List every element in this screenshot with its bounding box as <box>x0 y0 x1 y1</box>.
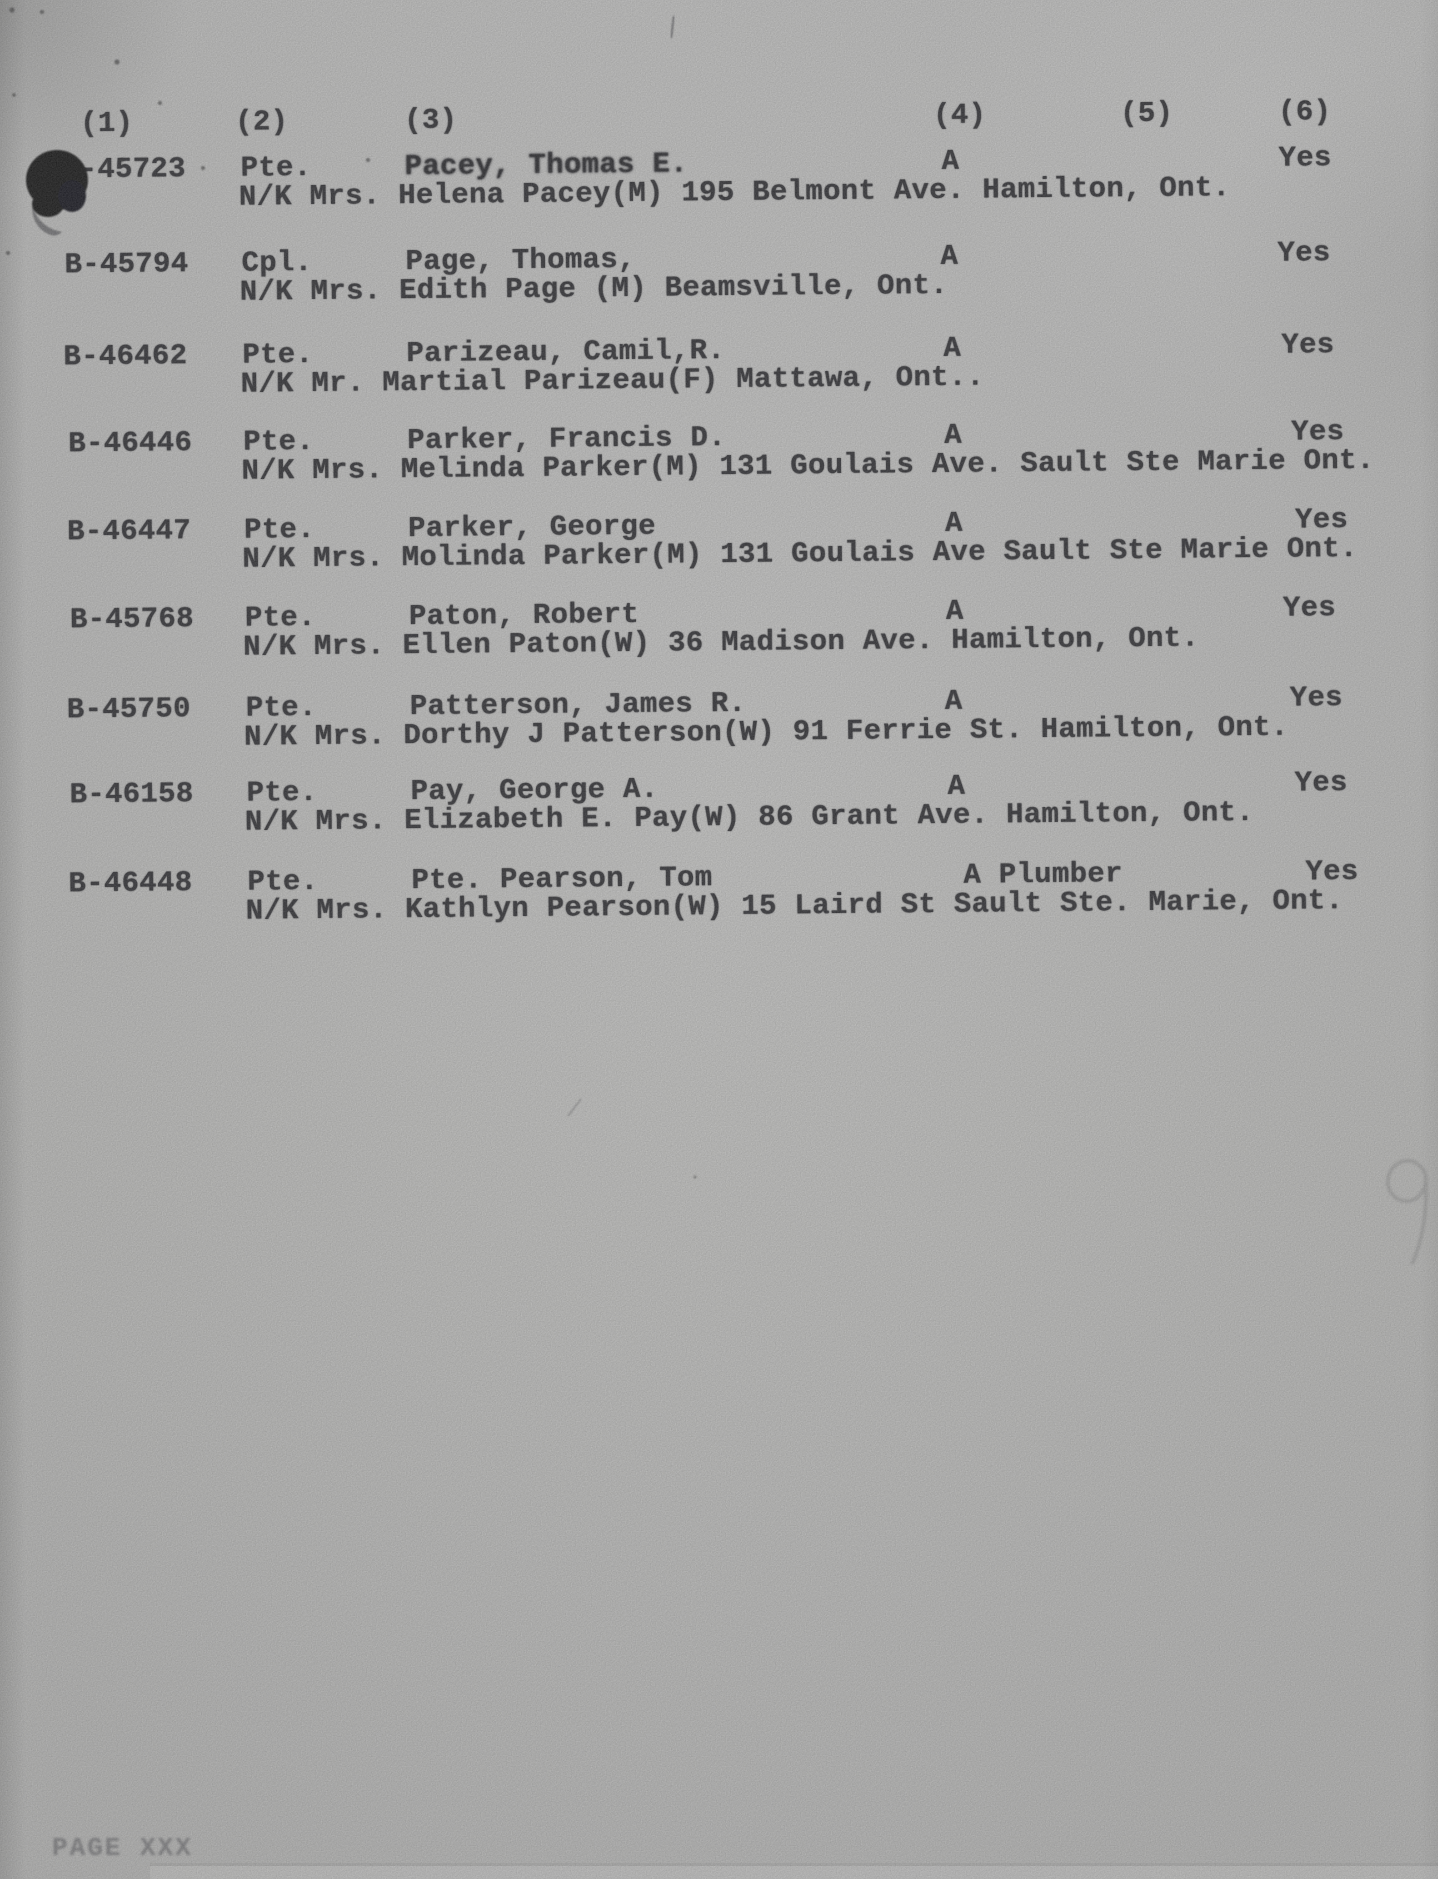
answer-yes: Yes <box>1305 857 1358 887</box>
column-header-4: (4) <box>933 101 986 131</box>
rank: Pte. <box>246 693 317 723</box>
service-number: B-45750 <box>67 694 191 724</box>
answer-yes: Yes <box>1290 683 1343 713</box>
column-header-1: (1) <box>80 109 133 139</box>
category-code: A <box>941 147 959 176</box>
next-of-kin-line: N/K Mrs. Dorthy J Patterson(W) 91 Ferrie… <box>244 713 1289 752</box>
category-code: A <box>944 421 962 450</box>
service-number: B-45794 <box>64 249 188 279</box>
answer-yes: Yes <box>1294 768 1347 798</box>
answer-yes: Yes <box>1278 143 1331 173</box>
category-code: A <box>947 772 965 801</box>
answer-yes: Yes <box>1277 238 1330 268</box>
scanned-document-page: (1)(2)(3)(4)(5)(6)-45723Pte.Pacey, Thoma… <box>0 0 1438 1879</box>
column-header-5: (5) <box>1120 99 1173 129</box>
category-code: A <box>945 509 963 538</box>
rank: Pte. <box>244 515 315 545</box>
answer-yes: Yes <box>1283 593 1336 623</box>
rank: Pte. <box>242 340 313 370</box>
next-of-kin-line: N/K Mrs. Helena Pacey(M) 195 Belmont Ave… <box>239 173 1231 212</box>
category-code: A Plumber <box>963 859 1123 890</box>
page-number-stamp: PAGE XXX <box>52 1833 193 1863</box>
category-code: A <box>943 334 961 363</box>
category-code: A <box>945 687 963 716</box>
service-number: B-46447 <box>67 516 191 546</box>
category-code: A <box>940 242 958 271</box>
column-header-2: (2) <box>235 107 288 137</box>
service-number: -45723 <box>79 154 185 184</box>
category-code: A <box>946 597 964 626</box>
service-number: B-45768 <box>70 604 194 634</box>
answer-yes: Yes <box>1295 505 1348 535</box>
next-of-kin-line: N/K Mrs. Elizabeth E. Pay(W) 86 Grant Av… <box>245 798 1254 837</box>
rank: Cpl. <box>241 248 312 278</box>
next-of-kin-line: N/K Mr. Martial Parizeau(F) Mattawa, Ont… <box>241 363 985 399</box>
next-of-kin-line: N/K Mrs. Edith Page (M) Beamsville, Ont. <box>240 271 948 307</box>
service-number: B-46446 <box>68 428 192 458</box>
rank: Pte. <box>246 778 317 808</box>
rank: Pte. <box>243 427 314 457</box>
column-header-3: (3) <box>404 106 457 136</box>
answer-yes: Yes <box>1281 330 1334 360</box>
column-header-6: (6) <box>1278 97 1331 127</box>
rank: Pte. <box>240 153 311 183</box>
answer-yes: Yes <box>1291 417 1344 447</box>
next-of-kin-line: N/K Mrs. Kathlyn Pearson(W) 15 Laird St … <box>246 886 1344 926</box>
typed-text-layer: (1)(2)(3)(4)(5)(6)-45723Pte.Pacey, Thoma… <box>0 0 1438 1879</box>
service-number: B-46158 <box>69 779 193 809</box>
service-number: B-46462 <box>63 341 187 371</box>
rank: Pte. <box>247 867 318 897</box>
rank: Pte. <box>245 603 316 633</box>
service-number: B-46448 <box>68 868 192 898</box>
next-of-kin-line: N/K Mrs. Ellen Paton(W) 36 Madison Ave. … <box>243 624 1199 662</box>
